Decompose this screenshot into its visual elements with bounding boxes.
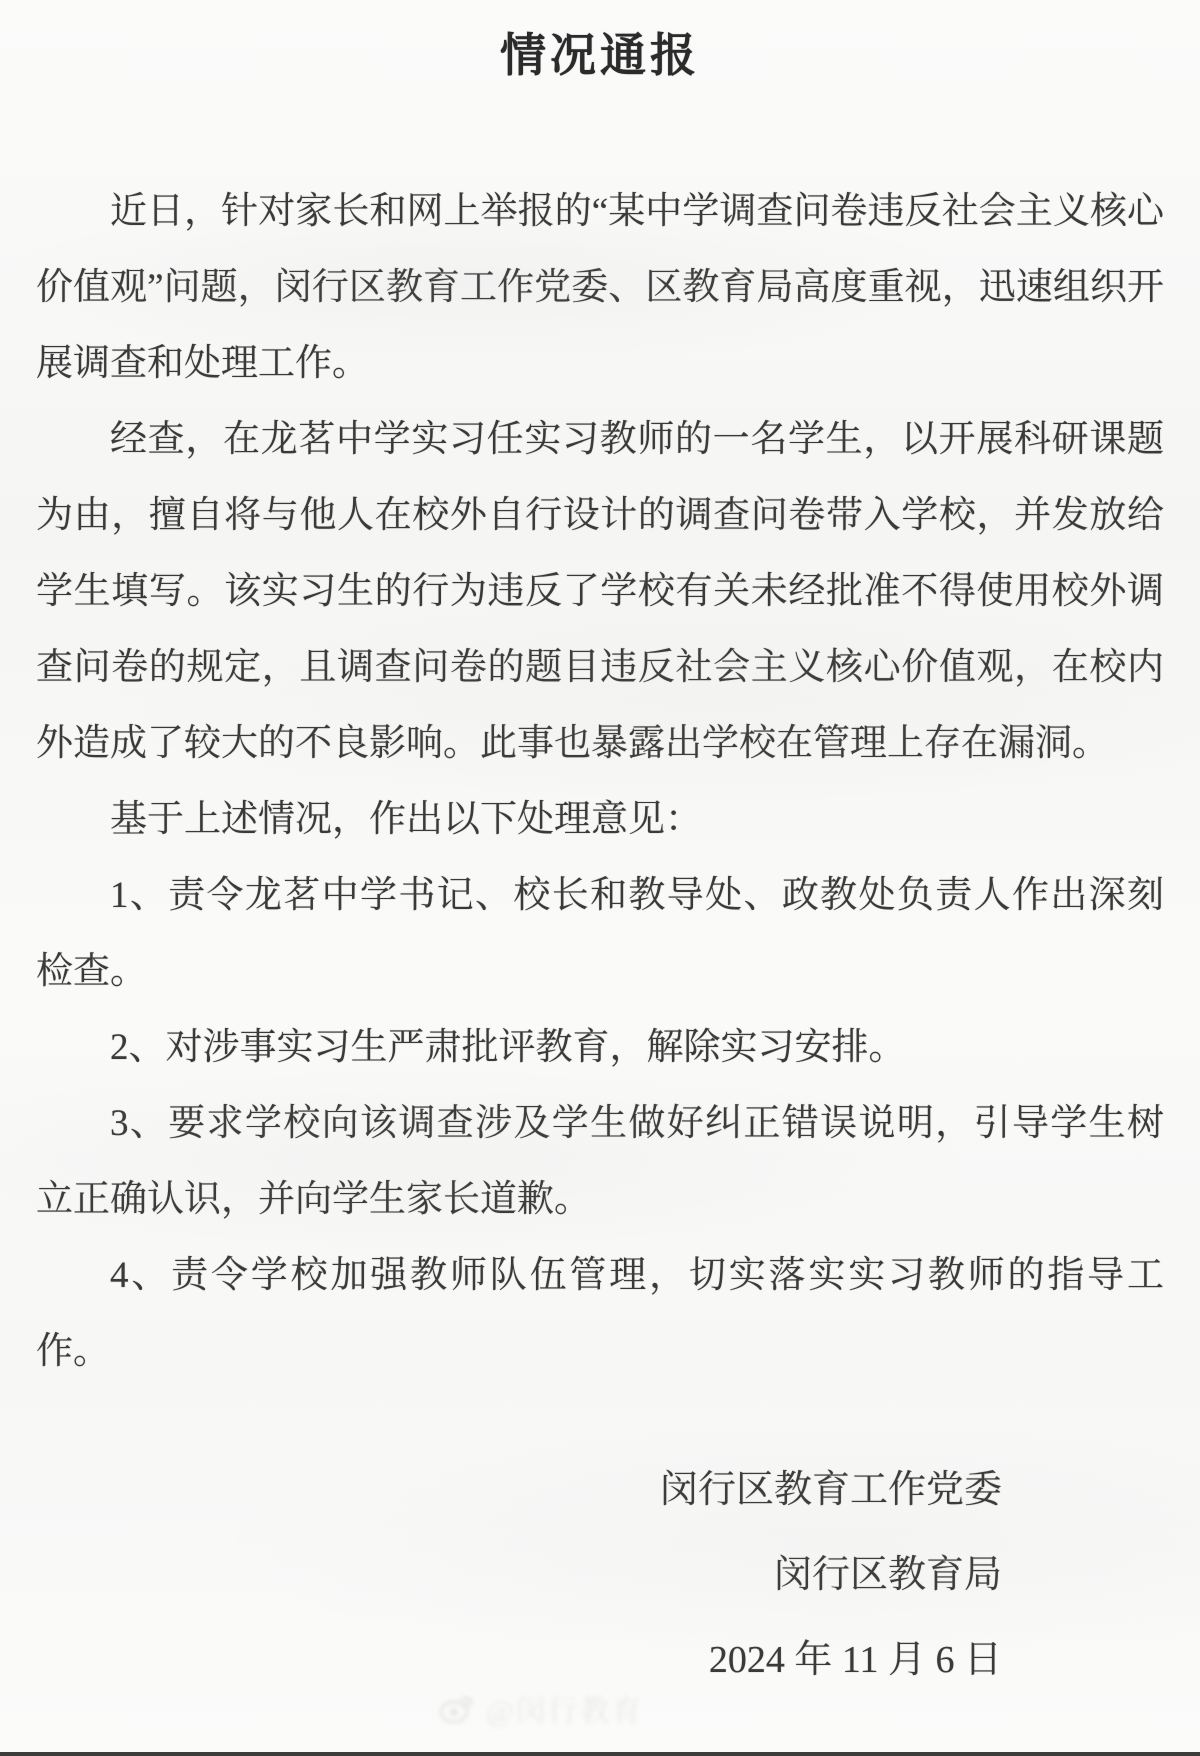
weibo-icon bbox=[438, 1691, 476, 1725]
paragraph-decision-lead: 基于上述情况，作出以下处理意见： bbox=[36, 782, 1164, 858]
paragraph-measure-1: 1、责令龙茗中学书记、校长和教导处、政教处负责人作出深刻检查。 bbox=[36, 858, 1164, 1010]
document-title: 情况通报 bbox=[0, 0, 1200, 82]
paragraph-intro: 近日，针对家长和网上举报的“某中学调查问卷违反社会主义核心价值观”问题，闵行区教… bbox=[36, 174, 1164, 402]
watermark-text: @闵行教育 bbox=[486, 1686, 644, 1730]
document-page: 情况通报 近日，针对家长和网上举报的“某中学调查问卷违反社会主义核心价值观”问题… bbox=[0, 0, 1200, 1756]
paragraph-measure-2: 2、对涉事实习生严肃批评教育，解除实习安排。 bbox=[36, 1010, 1164, 1086]
paragraph-measure-3: 3、要求学校向该调查涉及学生做好纠正错误说明，引导学生树立正确认识，并向学生家长… bbox=[36, 1086, 1164, 1238]
watermark: @闵行教育 bbox=[438, 1686, 644, 1730]
signature-party-committee: 闵行区教育工作党委 bbox=[0, 1448, 1002, 1533]
photo-edge bbox=[0, 1752, 1200, 1756]
paragraph-measure-4: 4、责令学校加强教师队伍管理，切实落实实习教师的指导工作。 bbox=[36, 1238, 1164, 1390]
signature-education-bureau: 闵行区教育局 bbox=[0, 1533, 1002, 1618]
signature-block: 闵行区教育工作党委 闵行区教育局 2024 年 11 月 6 日 bbox=[0, 1448, 1200, 1703]
document-body: 近日，针对家长和网上举报的“某中学调查问卷违反社会主义核心价值观”问题，闵行区教… bbox=[36, 174, 1164, 1390]
paragraph-findings: 经查，在龙茗中学实习任实习教师的一名学生，以开展科研课题为由，擅自将与他人在校外… bbox=[36, 402, 1164, 782]
